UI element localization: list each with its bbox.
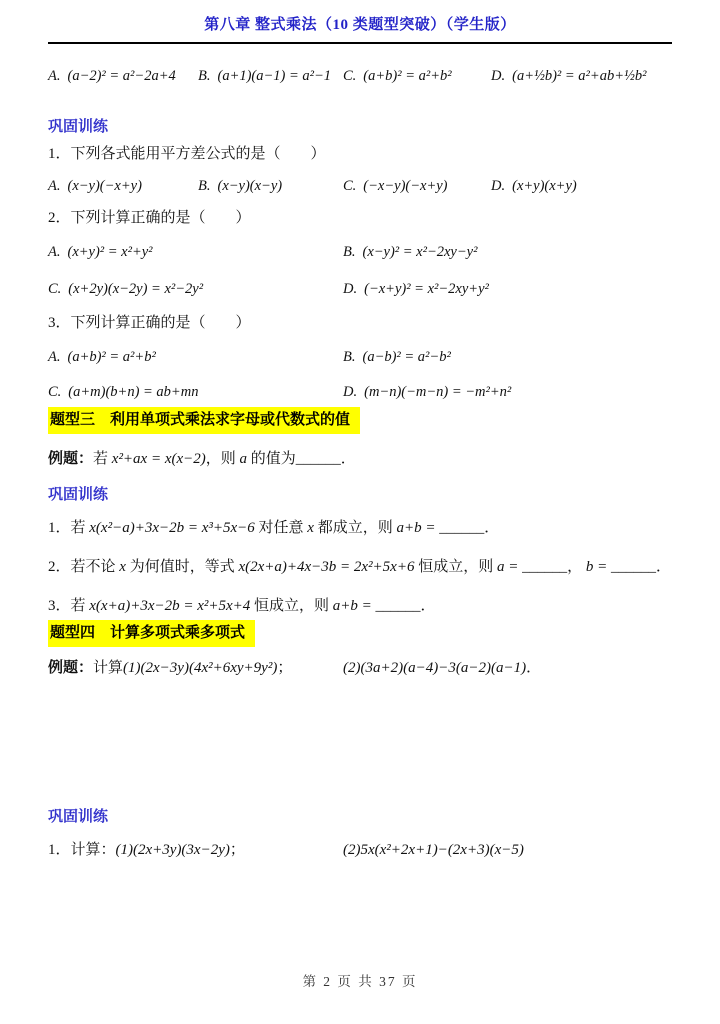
option-c-label: C. [48, 281, 61, 297]
title-divider [48, 42, 672, 44]
option-a: A.(a−2)² = a²−2a+4 [48, 64, 176, 88]
option-b-label: B. [343, 244, 355, 260]
option-d-formula: (−x+y)² = x²−2xy+y² [364, 281, 489, 297]
option-a-formula: (x−y)(−x+y) [67, 178, 141, 194]
topic-3-heading-row: 题型三 利用单项式乘法求字母或代数式的值 [48, 407, 672, 434]
topic-4-example-part-1: 例题：计算(1)(2x−3y)(4x²+6xy+9y²)； [48, 656, 292, 680]
option-c: C.(a+m)(b+n) = ab+mn [48, 380, 198, 404]
option-b-formula: (x−y)² = x²−2xy−y² [362, 244, 477, 260]
question-1-stem: 1．下列各式能用平方差公式的是（ ） [48, 142, 672, 166]
option-b-formula: (a−b)² = a²−b² [362, 349, 450, 365]
option-a-formula: (a+b)² = a²+b² [67, 349, 155, 365]
option-a: A.(a+b)² = a²+b² [48, 345, 156, 369]
practice-4-item-1-part-1: 1．计算：(1)(2x+3y)(3x−2y)； [48, 838, 245, 862]
page-number: 第 2 页 共 37 页 [0, 970, 720, 990]
topic-3-item-1: 1．若 x(x²−a)+3x−2b = x³+5x−6 对任意 x 都成立，则 … [48, 516, 672, 540]
option-d-formula: (a+½b)² = a²+ab+½b² [512, 68, 646, 84]
option-a-label: A. [48, 349, 60, 365]
topic-3-heading: 题型三 利用单项式乘法求字母或代数式的值 [48, 407, 360, 434]
question-3-stem: 3．下列计算正确的是（ ） [48, 311, 672, 335]
option-b-label: B. [343, 349, 355, 365]
option-a-formula: (x+y)² = x²+y² [67, 244, 152, 260]
option-a: A.(x+y)² = x²+y² [48, 240, 153, 264]
topic-4-example-part-2: (2)(3a+2)(a−4)−3(a−2)(a−1)． [343, 656, 541, 680]
option-a-label: A. [48, 244, 60, 260]
practice-heading-3: 巩固训练 [48, 805, 672, 829]
practice-4-item-1-part-2: (2)5x(x²+2x+1)−(2x+3)(x−5) [343, 838, 524, 862]
option-c-label: C. [343, 178, 356, 194]
option-d-formula: (x+y)(x+y) [512, 178, 577, 194]
option-d: D.(x+y)(x+y) [491, 174, 577, 198]
option-c: C.(x+2y)(x−2y) = x²−2y² [48, 277, 203, 301]
option-b: B.(a+1)(a−1) = a²−1 [198, 64, 331, 88]
option-d-label: D. [491, 178, 505, 194]
page-title: 第八章 整式乘法（10 类题型突破）（学生版） [0, 13, 720, 34]
option-a-formula: (a−2)² = a²−2a+4 [67, 68, 175, 84]
option-d: D.(a+½b)² = a²+ab+½b² [491, 64, 646, 88]
option-b: B.(a−b)² = a²−b² [343, 345, 451, 369]
option-c-formula: (x+2y)(x−2y) = x²−2y² [68, 281, 203, 297]
option-d-label: D. [343, 281, 357, 297]
option-b-formula: (a+1)(a−1) = a²−1 [217, 68, 331, 84]
option-b-label: B. [198, 178, 210, 194]
option-d-label: D. [491, 68, 505, 84]
option-c-formula: (−x−y)(−x+y) [363, 178, 447, 194]
option-b: B.(x−y)² = x²−2xy−y² [343, 240, 477, 264]
option-b: B.(x−y)(x−y) [198, 174, 282, 198]
topic-4-heading-row: 题型四 计算多项式乘多项式 [48, 620, 672, 647]
topic-3-item-3: 3．若 x(x+a)+3x−2b = x²+5x+4 恒成立，则 a+b = _… [48, 594, 672, 618]
option-c: C.(−x−y)(−x+y) [343, 174, 448, 198]
worksheet-page: 第八章 整式乘法（10 类题型突破）（学生版） A.(a−2)² = a²−2a… [0, 0, 720, 1024]
topic-3-item-2: 2．若不论 x 为何值时，等式 x(2x+a)+4x−3b = 2x²+5x+6… [48, 555, 672, 579]
practice-heading-1: 巩固训练 [48, 115, 672, 139]
topic-3-example: 例题：若 x²+ax = x(x−2)，则 a 的值为______． [48, 447, 672, 471]
option-d: D.(−x+y)² = x²−2xy+y² [343, 277, 489, 301]
option-b-formula: (x−y)(x−y) [217, 178, 282, 194]
option-d-formula: (m−n)(−m−n) = −m²+n² [364, 384, 511, 400]
option-b-label: B. [198, 68, 210, 84]
topic-4-heading: 题型四 计算多项式乘多项式 [48, 620, 255, 647]
option-c-formula: (a+m)(b+n) = ab+mn [68, 384, 198, 400]
option-a: A.(x−y)(−x+y) [48, 174, 142, 198]
option-a-label: A. [48, 178, 60, 194]
option-c-formula: (a+b)² = a²+b² [363, 68, 451, 84]
option-c: C.(a+b)² = a²+b² [343, 64, 452, 88]
option-c-label: C. [48, 384, 61, 400]
option-d-label: D. [343, 384, 357, 400]
option-c-label: C. [343, 68, 356, 84]
option-d: D.(m−n)(−m−n) = −m²+n² [343, 380, 511, 404]
option-a-label: A. [48, 68, 60, 84]
practice-heading-2: 巩固训练 [48, 483, 672, 507]
question-2-stem: 2．下列计算正确的是（ ） [48, 206, 672, 230]
